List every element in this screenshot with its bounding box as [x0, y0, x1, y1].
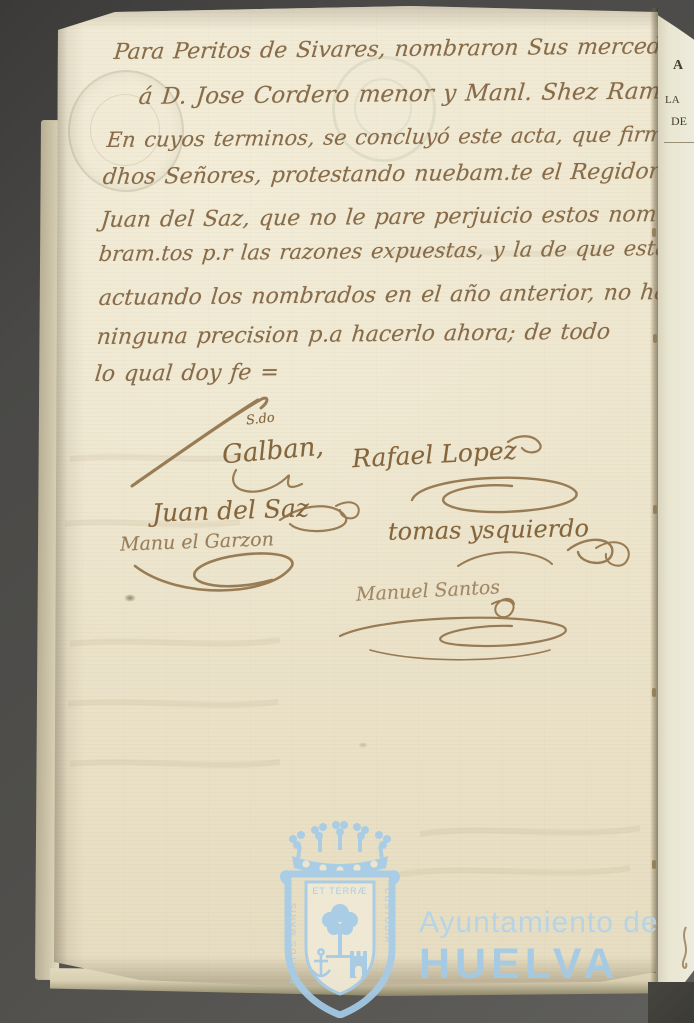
- binding-seam: [650, 8, 658, 986]
- foxing-spot: [358, 742, 368, 748]
- binding-stitch: [652, 860, 656, 869]
- archive-scan-photo: A LA DE: [0, 0, 694, 1023]
- adjacent-page-fragment: LA: [665, 94, 680, 106]
- binding-stitch: [652, 688, 656, 697]
- binding-stitch: [653, 505, 657, 514]
- binding-stitch: [652, 228, 656, 237]
- bottom-right-shadow: [648, 982, 694, 1023]
- ink-spot: [124, 594, 136, 602]
- manuscript-page: Para Peritos de Sivares, nombraron Sus m…: [40, 4, 660, 992]
- adjacent-page-fragment: A: [673, 58, 683, 74]
- binding-stitch: [653, 334, 657, 343]
- adjacent-page-ink-fragment: [656, 919, 694, 979]
- adjacent-page: A LA DE: [656, 14, 694, 1000]
- adjacent-page-rule: [664, 142, 694, 143]
- signature-rubrics: [40, 4, 660, 992]
- adjacent-page-fragment: DE: [671, 114, 687, 129]
